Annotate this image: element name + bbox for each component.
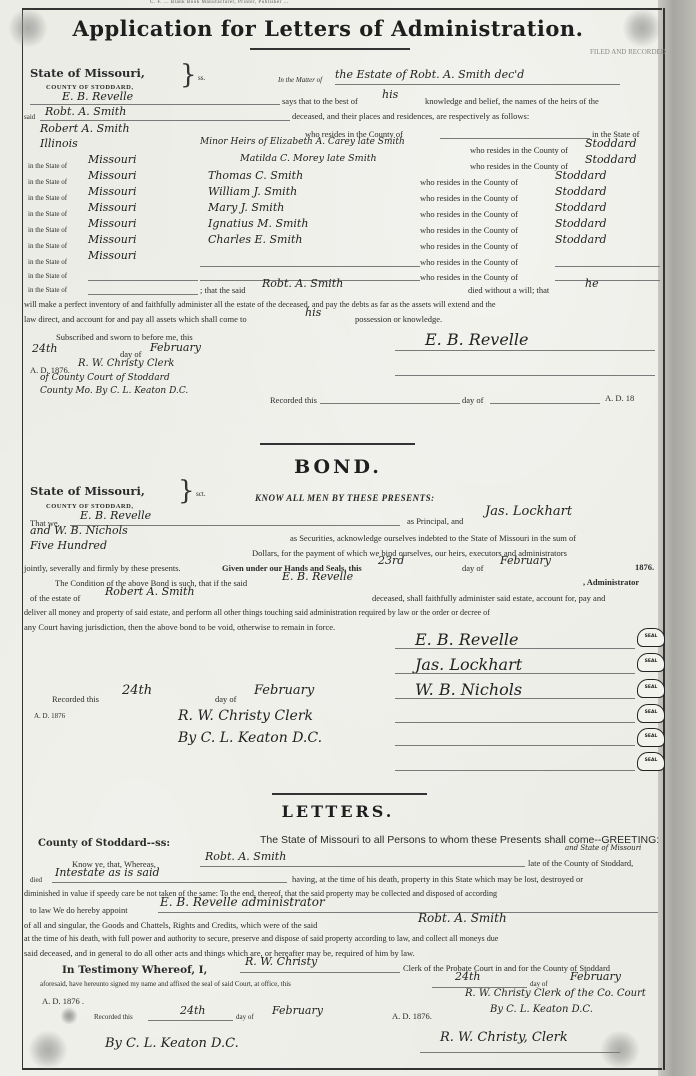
goods-text: of all and singular, the Goods and Chatt… xyxy=(24,920,317,930)
page-title: Application for Letters of Administratio… xyxy=(0,16,676,41)
bond-year: 1876. xyxy=(635,562,654,572)
law-text: law direct, and account for and pay all … xyxy=(24,314,247,324)
aforesaid-text: aforesaid, have hereunto signed my name … xyxy=(40,980,291,988)
pronoun-field: his xyxy=(305,306,321,319)
heir-state: Missouri xyxy=(88,233,137,246)
underline xyxy=(200,866,525,867)
administrator-name-field: E. B. Revelle xyxy=(282,570,353,583)
heir-state: Missouri xyxy=(88,153,137,166)
clerk-signature: R. W. Christy Clerk of the Co. Court xyxy=(465,988,646,999)
underline xyxy=(320,403,460,404)
final-clerk-signature: R. W. Christy, Clerk xyxy=(440,1030,568,1045)
surety-name-field: Jas. Lockhart xyxy=(485,504,572,519)
year-text: A. D. 1876 xyxy=(34,712,65,720)
signature-line xyxy=(395,648,635,649)
recorded-label: Recorded this xyxy=(270,395,317,405)
state-label: in the State of xyxy=(28,286,67,294)
who-resides-label: who resides in the County of xyxy=(420,257,518,267)
that-the-said-text: ; that the said xyxy=(200,285,246,295)
clerk-signature: R. W. Christy Clerk xyxy=(78,358,174,369)
deliver-text: deliver all money and property of said e… xyxy=(24,608,490,617)
signature: Jas. Lockhart xyxy=(415,655,522,674)
signature: W. B. Nichols xyxy=(415,680,522,699)
of-estate-label: of the estate of xyxy=(30,593,80,603)
clerk-signature: of County Court of Stoddard xyxy=(40,373,170,383)
printer-imprint: C. F. ... Blank Book Manufacturer, Print… xyxy=(150,0,289,5)
securities-text: as Securities, acknowledge ourselves ind… xyxy=(290,533,576,543)
recorded-month-field: February xyxy=(254,683,314,698)
heir-county: Stoddard xyxy=(555,169,607,182)
heir-name: Ignatius M. Smith xyxy=(208,217,308,230)
state-label: in the State of xyxy=(28,258,67,266)
day-of-label: day of xyxy=(215,694,236,704)
page-border-top xyxy=(22,8,662,10)
seal-icon: SEAL xyxy=(637,679,665,698)
state-label: in the State of xyxy=(28,272,67,280)
underline xyxy=(88,294,198,295)
jointly-text: jointly, severally and firmly by these p… xyxy=(24,563,181,573)
underline xyxy=(555,266,660,267)
corner-ornament-icon xyxy=(28,1030,68,1070)
said-label: said xyxy=(24,113,35,121)
state-label: in the State of xyxy=(28,194,67,202)
state-header: State of Missouri, xyxy=(30,484,145,498)
estate-name-field: the Estate of Robt. A. Smith dec'd xyxy=(335,68,524,81)
clerk-name-field: R. W. Christy xyxy=(245,955,317,968)
county-header: County of Stoddard--ss: xyxy=(38,838,170,849)
day-of-label: day of xyxy=(462,395,483,405)
heir-state: Missouri xyxy=(88,185,137,198)
clerk-signature: By C. L. Keaton D.C. xyxy=(178,730,322,746)
administrator-label: , Administrator xyxy=(583,577,639,587)
underline xyxy=(440,138,590,139)
state-header: State of Missouri, xyxy=(30,66,145,80)
page-border-bottom xyxy=(22,1068,662,1070)
sworn-day-field: 24th xyxy=(32,342,58,355)
heir-county: Stoddard xyxy=(555,185,607,198)
corner-stamp: FILED AND RECORDED xyxy=(590,48,666,56)
applicant-signature: E. B. Revelle xyxy=(425,330,529,349)
signature-line xyxy=(420,1052,620,1053)
day-of-label: day of xyxy=(236,1013,254,1021)
clerk-signature: R. W. Christy Clerk xyxy=(178,708,313,724)
appointee-field: E. B. Revelle administrator xyxy=(160,895,325,909)
heir-state: Missouri xyxy=(88,249,137,262)
corner-ornament-icon xyxy=(600,1030,640,1070)
clerk-signature: County Mo. By C. L. Keaton D.C. xyxy=(40,386,188,396)
bond-sum-field: Five Hundred xyxy=(30,539,107,552)
pronoun-field: his xyxy=(382,88,398,101)
sworn-month-field: February xyxy=(150,341,201,354)
deceased-name-field: Robt. A. Smith xyxy=(45,105,126,118)
in-matter-label: In the Matter of xyxy=(278,76,322,84)
signature-line xyxy=(395,375,655,376)
state-label: in the State of xyxy=(28,162,67,170)
seal-icon: SEAL xyxy=(637,628,665,647)
brace: } xyxy=(178,478,195,504)
underline xyxy=(88,280,198,281)
underline xyxy=(40,120,290,121)
heir-county: Stoddard xyxy=(585,137,637,150)
state-label: in the State of xyxy=(28,226,67,234)
signature-line xyxy=(395,673,635,674)
letters-title: LETTERS. xyxy=(0,802,686,821)
who-resides-label: who resides in the County of xyxy=(420,272,518,282)
heir-state: Illinois xyxy=(40,137,78,150)
brace: } xyxy=(180,62,197,88)
underline xyxy=(490,403,600,404)
who-resides-label: who resides in the County of xyxy=(420,241,518,251)
bond-month-field: February xyxy=(500,554,551,567)
who-resides-label: who resides in the County of xyxy=(470,161,568,171)
heir-name: Charles E. Smith xyxy=(208,233,303,246)
signature-line xyxy=(395,770,635,771)
who-resides-label: who resides in the County of xyxy=(420,209,518,219)
inventory-text: will make a perfect inventory of and fai… xyxy=(24,300,496,309)
heir-state: Missouri xyxy=(88,217,137,230)
signature-line xyxy=(395,698,635,699)
deceased-text: deceased, shall faithfully administer sa… xyxy=(372,593,605,603)
died-text: died without a will; that xyxy=(468,285,549,295)
as-principal-text: as Principal, and xyxy=(407,516,463,526)
day-of-label: day of xyxy=(530,980,548,988)
appoint-text: to law We do hereby appoint xyxy=(30,905,128,915)
heir-county: Stoddard xyxy=(555,233,607,246)
underline xyxy=(200,266,420,267)
general-text: said deceased, and in general to do all … xyxy=(24,948,415,958)
principal-name-field: E. B. Revelle xyxy=(80,509,151,522)
title-rule xyxy=(250,48,410,50)
section-rule xyxy=(272,793,427,795)
signature: E. B. Revelle xyxy=(415,630,519,649)
who-resides-label: who resides in the County of xyxy=(470,145,568,155)
state-label: in the State of xyxy=(28,210,67,218)
recorded-month-field: February xyxy=(272,1004,323,1017)
seal-icon: SEAL xyxy=(637,752,665,771)
underline xyxy=(158,912,658,913)
heir-state: Missouri xyxy=(88,169,137,182)
bond-title: BOND. xyxy=(0,456,686,478)
possession-text: possession or knowledge. xyxy=(355,314,442,324)
court-seal-icon xyxy=(60,1007,78,1025)
died-label: died xyxy=(30,876,42,884)
recorded-day-field: 24th xyxy=(122,683,152,698)
clerk-signature: By C. L. Keaton D.C. xyxy=(490,1004,593,1015)
letters-day-field: 24th xyxy=(455,970,481,983)
heir-county: Stoddard xyxy=(555,201,607,214)
signature-line xyxy=(395,350,655,351)
heir-name: Robert A. Smith xyxy=(40,122,130,135)
state-label: in the State of xyxy=(28,242,67,250)
year-text: A. D. 1876 . xyxy=(42,996,84,1006)
heir-name: Mary J. Smith xyxy=(208,201,284,214)
signature-line xyxy=(395,722,635,723)
knowledge-text: knowledge and belief, the names of the h… xyxy=(425,96,599,106)
heir-county: Stoddard xyxy=(585,153,637,166)
late-of-text: late of the County of Stoddard, xyxy=(528,858,633,868)
estate-name-field: Robert A. Smith xyxy=(105,585,195,598)
underline xyxy=(335,84,620,85)
bond-day-field: 23rd xyxy=(378,554,404,567)
underline xyxy=(52,882,287,883)
recorded-day-field: 24th xyxy=(180,1004,206,1017)
letters-month-field: February xyxy=(570,970,621,983)
who-resides-label: who resides in the County of xyxy=(420,193,518,203)
seal-icon: SEAL xyxy=(637,704,665,723)
surety-name-field: and W. B. Nichols xyxy=(30,524,128,537)
recorded-label: Recorded this xyxy=(52,694,99,704)
day-of-label: day of xyxy=(462,563,483,573)
underline xyxy=(148,1020,233,1021)
heir-name: William J. Smith xyxy=(208,185,297,198)
died-status-field: Intestate as is said xyxy=(55,866,160,879)
pronoun-field: he xyxy=(585,277,599,290)
testimony-heading: In Testimony Whereof, I, xyxy=(62,964,207,976)
state-label: in the State of xyxy=(28,178,67,186)
died-name-field: Robt. A. Smith xyxy=(262,277,343,290)
year-text: A. D. 18 xyxy=(605,393,634,403)
goods-owner-field: Robt. A. Smith xyxy=(418,911,507,925)
heir-name: Thomas C. Smith xyxy=(208,169,303,182)
having-text: having, at the time of his death, proper… xyxy=(292,874,583,884)
heir-county: Stoddard xyxy=(555,217,607,230)
ss-label: ss. xyxy=(198,74,205,82)
know-all-heading: KNOW ALL MEN BY THESE PRESENTS: xyxy=(255,493,435,503)
underline xyxy=(555,280,660,281)
recorded-label: Recorded this xyxy=(94,1013,133,1021)
who-resides-label: who resides in the County of xyxy=(420,225,518,235)
heir-name: Matilda C. Morey late Smith xyxy=(240,153,377,164)
heir-name: Minor Heirs of Elizabeth A. Carey late S… xyxy=(200,137,405,147)
signature-line xyxy=(395,745,635,746)
deputy-signature: By C. L. Keaton D.C. xyxy=(105,1036,239,1051)
time-text: at the time of his death, with full powe… xyxy=(24,934,498,943)
seal-icon: SEAL xyxy=(637,653,665,672)
year-text: A. D. 1876. xyxy=(392,1011,432,1021)
seal-icon: SEAL xyxy=(637,728,665,747)
deceased-name-field: Robt. A. Smith xyxy=(205,850,286,863)
who-resides-label: who resides in the County of xyxy=(420,177,518,187)
section-rule xyxy=(260,443,415,445)
court-text: any Court having jurisdiction, then the … xyxy=(24,622,335,632)
deceased-text: deceased, and their places and residence… xyxy=(292,111,529,121)
applicant-name-field: E. B. Revelle xyxy=(62,90,133,103)
state-note: and State of Missouri xyxy=(565,844,641,852)
ss-label: sct. xyxy=(196,490,206,498)
heir-state: Missouri xyxy=(88,201,137,214)
says-text: says that to the best of xyxy=(282,96,358,106)
underline xyxy=(240,972,400,973)
